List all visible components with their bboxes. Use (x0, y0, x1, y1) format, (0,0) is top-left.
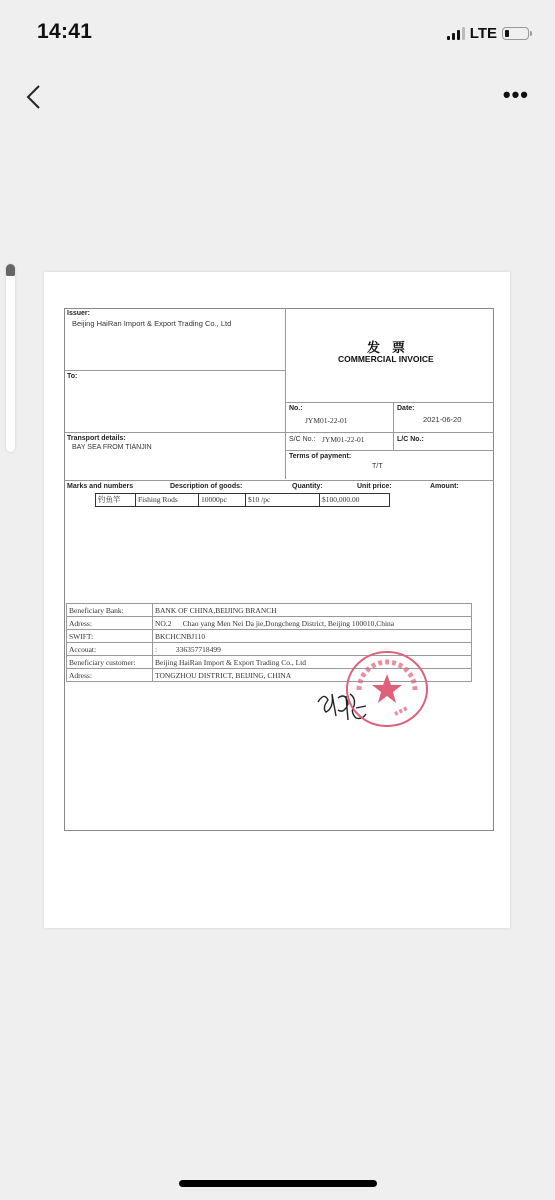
bank-row-value: NO.2 Chao yang Men Nei Da jie,Dongcheng … (153, 617, 472, 630)
goods-header-description: Description of goods: (170, 483, 242, 490)
goods-header-unit-price: Unit price: (357, 483, 392, 490)
chevron-left-icon (22, 82, 52, 112)
date-value: 2021-06-20 (423, 415, 461, 424)
goods-header-quantity: Quantity: (292, 483, 323, 490)
bank-row: SWIFT:BKCHCNBJ110 (67, 630, 472, 643)
issuer-label: Issuer: (67, 310, 90, 317)
battery-icon (502, 27, 529, 40)
sc-no-label: S/C No.: (289, 436, 315, 443)
invoice-title-en: COMMERCIAL INVOICE (338, 354, 434, 364)
bank-row-key: Adress: (67, 669, 153, 682)
bank-row-key: Beneficiary customer: (67, 656, 153, 669)
terms-value: T/T (372, 463, 383, 470)
no-value: JYM01-22-01 (305, 416, 348, 425)
bank-row-key: Beneficiary Bank: (67, 604, 153, 617)
issuer-value: Beijing HaiRan Import & Export Trading C… (72, 319, 231, 328)
bank-row-key: Adress: (67, 617, 153, 630)
scrollbar-thumb[interactable] (6, 264, 15, 276)
status-time: 14:41 (37, 20, 92, 44)
goods-header-amount: Amount: (430, 483, 459, 490)
bank-row-key: Accouat: (67, 643, 153, 656)
goods-unit-price: $10 /pc (246, 494, 320, 506)
goods-description: Fishing Rods (136, 494, 199, 506)
bank-row-value: BANK OF CHINA,BEIJING BRANCH (153, 604, 472, 617)
goods-amount: $100,000.00 (320, 494, 389, 506)
network-type: LTE (470, 25, 497, 42)
invoice-frame (64, 308, 494, 831)
transport-label: Transport details: (67, 435, 126, 442)
signal-icon (447, 27, 465, 40)
lc-no-label: L/C No.: (397, 436, 424, 443)
terms-label: Terms of payment: (289, 453, 351, 460)
goods-mark: 钓鱼竿 (96, 494, 136, 506)
document-scrollbar[interactable] (6, 264, 15, 452)
company-stamp (345, 650, 429, 728)
more-options-button[interactable]: ••• (503, 88, 529, 102)
goods-quantity: 10000pc (199, 494, 246, 506)
date-label: Date: (397, 405, 415, 412)
goods-header-marks: Marks and numbers (67, 483, 133, 490)
bank-row: Adress:NO.2 Chao yang Men Nei Da jie,Don… (67, 617, 472, 630)
back-button[interactable] (22, 82, 52, 112)
goods-row: 钓鱼竿 Fishing Rods 10000pc $10 /pc $100,00… (95, 493, 390, 507)
status-indicators: LTE (447, 25, 529, 42)
transport-value: BAY SEA FROM TIANJIN (72, 444, 152, 451)
home-indicator[interactable] (179, 1180, 377, 1187)
bank-row-key: SWIFT: (67, 630, 153, 643)
bank-row: Beneficiary Bank:BANK OF CHINA,BEIJING B… (67, 604, 472, 617)
to-label: To: (67, 373, 77, 380)
no-label: No.: (289, 405, 303, 412)
sc-no-value: JYM01-22-01 (322, 435, 365, 444)
bank-row-value: BKCHCNBJ110 (153, 630, 472, 643)
